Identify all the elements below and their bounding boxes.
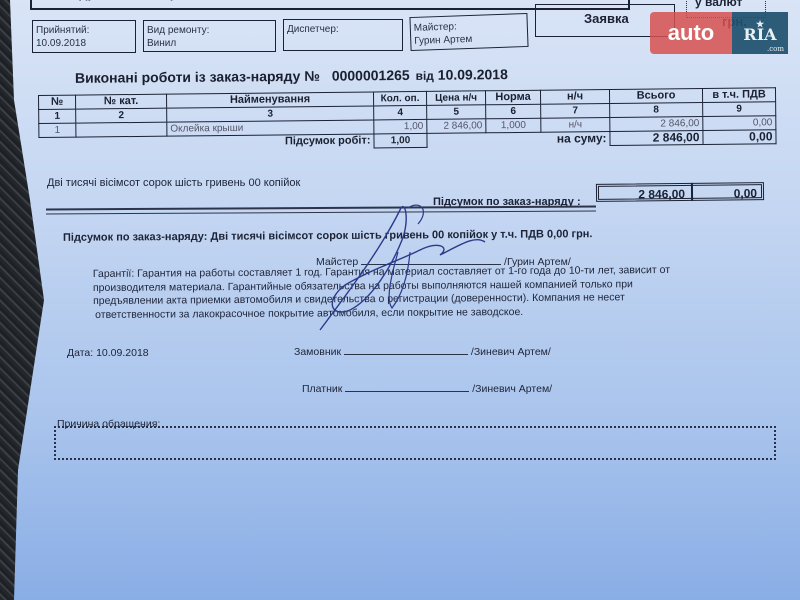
title-date-prefix: від — [415, 69, 433, 83]
accepted-box: Прийнятий: 10.09.2018 — [32, 20, 136, 53]
payer-sign-label: Платник — [302, 383, 342, 395]
subtotal-qty: 1,00 — [374, 133, 427, 148]
master-label: Майстер: — [414, 21, 457, 34]
warranty-text: Гарантії: Гарантия на работы составляет … — [93, 264, 671, 322]
col-num: 7 — [541, 104, 610, 119]
col-num: 9 — [703, 102, 776, 117]
master-sign-field — [361, 254, 501, 265]
order-total-divider — [691, 183, 693, 201]
subtotal-label: Підсумок робіт: — [39, 134, 374, 152]
col-header-norm: Норма — [485, 90, 540, 105]
order-date: 10.09.2018 — [438, 66, 508, 83]
accepted-label: Прийнятий: — [36, 25, 89, 37]
col-header-price: Цена н/ч — [426, 91, 485, 106]
amount-in-words: Дві тисячі вісімсот сорок шість гривень … — [47, 177, 300, 189]
master-value: Гурин Артем — [414, 34, 472, 48]
title-prefix: Виконані роботи із заказ-наряду № — [75, 68, 320, 86]
request-label: Заявка — [584, 11, 629, 26]
document-paper: ІПН адреса: телефони: Прийнятий: 10.09.2… — [0, 0, 800, 600]
col-num: 5 — [427, 105, 486, 120]
cell-qty: 1,00 — [374, 119, 427, 134]
cell-unit: н/ч — [541, 118, 610, 133]
customer-signature-line: Замовник /Зиневич Артем/ — [294, 344, 551, 358]
cell-vat: 0,00 — [703, 116, 776, 131]
watermark-ria-text: ★ RIA .com — [732, 12, 788, 54]
dispatcher-label: Диспетчер: — [287, 24, 339, 36]
order-summary-text: Підсумок по заказ-наряду: Дві тисячі віс… — [63, 228, 593, 244]
accepted-value: 10.09.2018 — [36, 38, 86, 50]
col-header-cat: № кат. — [76, 94, 167, 109]
works-table: № № кат. Найменування Кол. оп. Цена н/ч … — [38, 87, 777, 152]
dispatcher-box: Диспетчер: — [283, 19, 403, 51]
order-number: 0000001265 — [332, 67, 410, 84]
order-total-value: 2 846,00 — [638, 187, 685, 201]
order-total-vat: 0,00 — [734, 186, 758, 200]
reason-field — [54, 426, 776, 460]
col-header-unit: н/ч — [540, 90, 609, 105]
payer-signature-line: Платник /Зиневич Артем/ — [302, 381, 552, 395]
customer-sign-label: Замовник — [294, 346, 341, 358]
cell-cat — [76, 122, 167, 137]
payer-sign-name: /Зиневич Артем/ — [472, 383, 552, 395]
autoria-watermark: auto ★ RIA .com — [650, 12, 788, 54]
order-total-box: 2 846,00 0,00 — [596, 182, 764, 202]
col-header-vat: в т.ч. ПДВ — [702, 88, 775, 103]
col-header-qty: Кол. оп. — [373, 91, 426, 106]
master-box: Майстер: Гурин Артем — [409, 13, 528, 51]
cell-norm: 1,000 — [486, 118, 541, 133]
repair-type-label: Вид ремонту: — [147, 25, 209, 37]
total-divider — [46, 206, 596, 215]
phones-label: телефони: — [137, 0, 205, 1]
sum-label: на суму: — [427, 132, 610, 148]
col-num: 4 — [374, 105, 427, 120]
col-num: 8 — [610, 103, 703, 118]
sum-vat: 0,00 — [703, 130, 776, 145]
col-num: 6 — [486, 104, 541, 119]
col-num: 2 — [76, 108, 167, 123]
sum-total: 2 846,00 — [610, 131, 703, 146]
col-num: 1 — [39, 109, 76, 123]
cell-no: 1 — [39, 123, 76, 137]
inn-label: ІПН — [38, 0, 60, 1]
address-label: адреса: — [72, 0, 121, 1]
col-header-no: № — [39, 95, 76, 109]
watermark-auto-text: auto — [650, 12, 732, 54]
date-line: Дата: 10.09.2018 — [67, 347, 149, 359]
customer-sign-name: /Зиневич Артем/ — [471, 346, 551, 358]
repair-type-value: Винил — [147, 38, 176, 50]
cell-price: 2 846,00 — [427, 119, 486, 134]
customer-sign-field — [344, 344, 468, 355]
currency-partial-label: у валют — [695, 0, 742, 9]
repair-type-box: Вид ремонту: Винил — [143, 20, 276, 52]
payer-sign-field — [345, 381, 469, 392]
col-header-total: Всього — [609, 89, 702, 104]
page-title: Виконані роботи із заказ-наряду № 000000… — [75, 66, 508, 86]
